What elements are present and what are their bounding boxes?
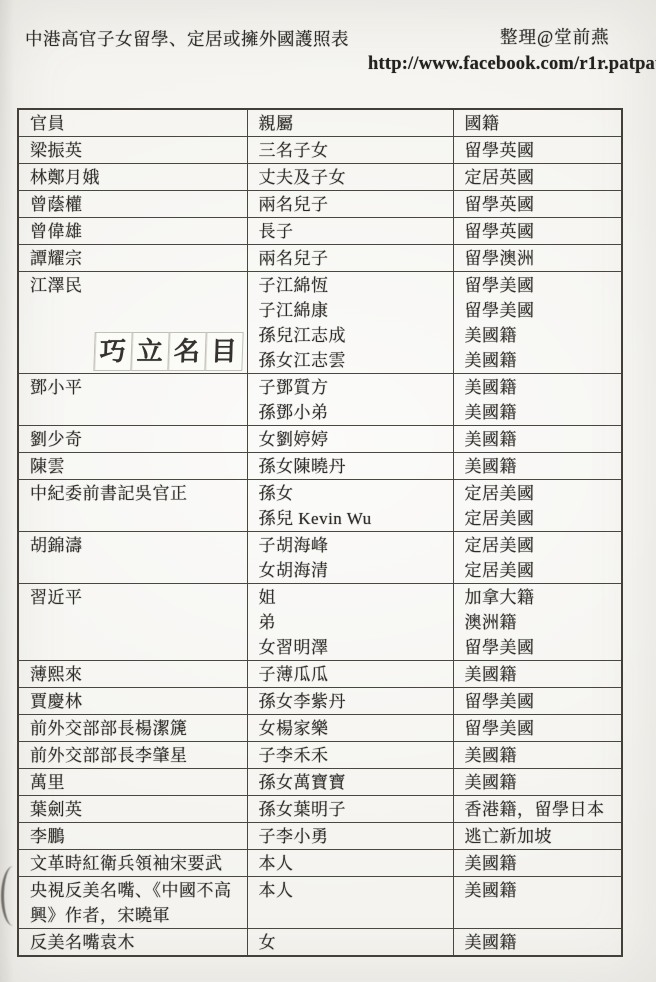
official-text: 興》作者，宋曉軍: [30, 903, 236, 928]
table-row: 葉劍英孫女葉明子香港籍，留學日本: [18, 796, 622, 823]
relatives-cell: 子胡海峰女胡海清: [247, 532, 453, 584]
relatives-cell: 孫女葉明子: [247, 796, 453, 823]
relatives-cell: 兩名兒子: [247, 245, 453, 272]
nationality-text: 美國籍: [465, 348, 611, 373]
nationality-text: 美國籍: [465, 323, 611, 348]
nationality-text: 美國籍: [465, 454, 611, 479]
relatives-text: 三名子女: [259, 138, 442, 163]
qiaolimingmu-stamp: 巧立名目: [95, 332, 243, 371]
column-header-official: 官員: [18, 109, 247, 137]
nationality-cell: 香港籍，留學日本: [453, 796, 622, 823]
relatives-cell: 孫女陳曉丹: [247, 453, 453, 480]
official-cell: 文革時紅衛兵領袖宋要武: [18, 850, 247, 877]
relatives-cell: 孫女李紫丹: [247, 688, 453, 715]
page-title: 中港高官子女留學、定居或擁外國護照表: [25, 26, 349, 51]
relatives-text: 本人: [259, 878, 442, 903]
relatives-cell: 女: [247, 929, 453, 957]
nationality-text: 香港籍，留學日本: [465, 797, 611, 822]
relatives-text: 子江綿恆: [259, 273, 442, 298]
official-text: 習近平: [30, 585, 236, 610]
relatives-text: 女: [259, 930, 442, 955]
table-row: 曾蔭權兩名兒子留學英國: [18, 191, 622, 218]
official-cell: 前外交部部長楊潔篪: [18, 715, 247, 742]
official-text: 文革時紅衛兵領袖宋要武: [30, 851, 236, 876]
nationality-cell: 美國籍美國籍: [453, 374, 622, 426]
table-row: 李鵬子李小勇逃亡新加坡: [18, 823, 622, 850]
table-row: 曾偉雄長子留學英國: [18, 218, 622, 245]
nationality-cell: 美國籍: [453, 877, 622, 929]
relatives-text: 孫女萬寶寶: [259, 770, 442, 795]
nationality-text: 留學美國: [465, 273, 611, 298]
official-cell: 劉少奇: [18, 426, 247, 453]
official-cell: 薄熙來: [18, 661, 247, 688]
nationality-cell: 定居英國: [453, 164, 622, 191]
nationality-text: 留學美國: [465, 635, 611, 660]
official-cell: 央視反美名嘴、《中國不高興》作者，宋曉軍: [18, 877, 247, 929]
nationality-cell: 定居美國定居美國: [453, 480, 622, 532]
official-text: 前外交部部長李肇星: [30, 743, 236, 768]
scanned-document-page: 中港高官子女留學、定居或擁外國護照表 整理@堂前燕 http://www.fac…: [0, 0, 656, 982]
official-text: 前外交部部長楊潔篪: [30, 716, 236, 741]
official-text: 賈慶林: [30, 689, 236, 714]
table-body: 梁振英三名子女留學英國林鄭月娥丈夫及子女定居英國曾蔭權兩名兒子留學英國曾偉雄長子…: [18, 137, 622, 957]
table-row: 中紀委前書記吳官正孫女孫兒 Kevin Wu定居美國定居美國: [18, 480, 622, 532]
nationality-text: 留學英國: [465, 192, 611, 217]
relatives-text: 子江綿康: [259, 298, 442, 323]
official-text: 中紀委前書記吳官正: [30, 481, 236, 506]
nationality-text: 美國籍: [465, 662, 611, 687]
nationality-text: 留學英國: [465, 138, 611, 163]
official-text: 江澤民: [30, 273, 236, 298]
relatives-text: 長子: [259, 219, 442, 244]
nationality-cell: 留學美國: [453, 715, 622, 742]
nationality-cell: 美國籍: [453, 742, 622, 769]
nationality-cell: 留學英國: [453, 137, 622, 164]
nationality-text: 留學澳洲: [465, 246, 611, 271]
relatives-cell: 長子: [247, 218, 453, 245]
nationality-text: 美國籍: [465, 375, 611, 400]
nationality-text: 定居美國: [465, 533, 611, 558]
relatives-cell: 子李小勇: [247, 823, 453, 850]
official-cell: 曾偉雄: [18, 218, 247, 245]
nationality-text: 留學美國: [465, 689, 611, 714]
relatives-text: 弟: [259, 610, 442, 635]
relatives-cell: 女劉婷婷: [247, 426, 453, 453]
stamp-char: 立: [130, 332, 169, 371]
official-cell: 江澤民巧立名目: [18, 272, 247, 374]
table-row: 江澤民巧立名目子江綿恆子江綿康孫兒江志成孫女江志雲留學美國留學美國美國籍美國籍: [18, 272, 622, 374]
compiler-credit: 整理@堂前燕: [500, 24, 610, 49]
relatives-cell: 本人: [247, 877, 453, 929]
officials-table: 官員 親屬 國籍 梁振英三名子女留學英國林鄭月娥丈夫及子女定居英國曾蔭權兩名兒子…: [17, 108, 623, 957]
relatives-cell: 女楊家樂: [247, 715, 453, 742]
table-row: 央視反美名嘴、《中國不高興》作者，宋曉軍本人美國籍: [18, 877, 622, 929]
nationality-cell: 美國籍: [453, 769, 622, 796]
nationality-text: 美國籍: [465, 400, 611, 425]
nationality-cell: 留學澳洲: [453, 245, 622, 272]
relatives-cell: 姐弟女習明澤: [247, 584, 453, 661]
relatives-cell: 孫女孫兒 Kevin Wu: [247, 480, 453, 532]
relatives-text: 孫兒 Kevin Wu: [259, 506, 442, 531]
relatives-cell: 丈夫及子女: [247, 164, 453, 191]
nationality-cell: 美國籍: [453, 661, 622, 688]
official-text: 梁振英: [30, 138, 236, 163]
official-cell: 胡錦濤: [18, 532, 247, 584]
table-row: 薄熙來子薄瓜瓜美國籍: [18, 661, 622, 688]
scan-artifact-arc: [1, 866, 26, 926]
official-text: 央視反美名嘴、《中國不高: [30, 878, 236, 903]
nationality-cell: 留學美國留學美國美國籍美國籍: [453, 272, 622, 374]
official-text: 李鵬: [30, 824, 236, 849]
relatives-text: 女楊家樂: [259, 716, 442, 741]
official-cell: 葉劍英: [18, 796, 247, 823]
nationality-cell: 留學英國: [453, 191, 622, 218]
table-row: 文革時紅衛兵領袖宋要武本人美國籍: [18, 850, 622, 877]
official-text: 曾偉雄: [30, 219, 236, 244]
nationality-text: 美國籍: [465, 851, 611, 876]
relatives-text: 兩名兒子: [259, 246, 442, 271]
nationality-cell: 美國籍: [453, 929, 622, 957]
relatives-cell: 三名子女: [247, 137, 453, 164]
stamp-char: 巧: [93, 332, 132, 371]
relatives-cell: 子薄瓜瓜: [247, 661, 453, 688]
relatives-cell: 子江綿恆子江綿康孫兒江志成孫女江志雲: [247, 272, 453, 374]
table-row: 前外交部部長李肇星子李禾禾美國籍: [18, 742, 622, 769]
official-cell: 曾蔭權: [18, 191, 247, 218]
relatives-text: 子薄瓜瓜: [259, 662, 442, 687]
official-text: 反美名嘴袁木: [30, 930, 236, 955]
relatives-cell: 本人: [247, 850, 453, 877]
official-text: 陳雲: [30, 454, 236, 479]
relatives-text: 孫女江志雲: [259, 348, 442, 373]
relatives-text: 兩名兒子: [259, 192, 442, 217]
nationality-text: 定居英國: [465, 165, 611, 190]
official-cell: 李鵬: [18, 823, 247, 850]
relatives-text: 丈夫及子女: [259, 165, 442, 190]
official-cell: 前外交部部長李肇星: [18, 742, 247, 769]
nationality-cell: 美國籍: [453, 426, 622, 453]
nationality-text: 美國籍: [465, 878, 611, 903]
table-row: 林鄭月娥丈夫及子女定居英國: [18, 164, 622, 191]
nationality-text: 留學英國: [465, 219, 611, 244]
table-row: 習近平姐弟女習明澤加拿大籍澳洲籍留學美國: [18, 584, 622, 661]
official-cell: 陳雲: [18, 453, 247, 480]
official-cell: 賈慶林: [18, 688, 247, 715]
column-header-relatives: 親屬: [247, 109, 453, 137]
official-cell: 反美名嘴袁木: [18, 929, 247, 957]
nationality-cell: 留學美國: [453, 688, 622, 715]
nationality-text: 定居美國: [465, 481, 611, 506]
nationality-text: 加拿大籍: [465, 585, 611, 610]
table-row: 胡錦濤子胡海峰女胡海清定居美國定居美國: [18, 532, 622, 584]
relatives-text: 孫女: [259, 481, 442, 506]
nationality-text: 美國籍: [465, 770, 611, 795]
table-row: 譚耀宗兩名兒子留學澳洲: [18, 245, 622, 272]
official-text: 劉少奇: [30, 427, 236, 452]
nationality-cell: 留學英國: [453, 218, 622, 245]
table-row: 劉少奇女劉婷婷美國籍: [18, 426, 622, 453]
official-cell: 中紀委前書記吳官正: [18, 480, 247, 532]
nationality-text: 定居美國: [465, 558, 611, 583]
relatives-cell: 子李禾禾: [247, 742, 453, 769]
relatives-text: 子鄧質方: [259, 375, 442, 400]
column-header-nationality: 國籍: [453, 109, 622, 137]
nationality-text: 美國籍: [465, 427, 611, 452]
nationality-text: 留學美國: [465, 298, 611, 323]
official-text: 葉劍英: [30, 797, 236, 822]
nationality-cell: 美國籍: [453, 850, 622, 877]
relatives-text: 女劉婷婷: [259, 427, 442, 452]
relatives-text: 女胡海清: [259, 558, 442, 583]
relatives-cell: 孫女萬寶寶: [247, 769, 453, 796]
relatives-text: 子李小勇: [259, 824, 442, 849]
relatives-text: 孫鄧小弟: [259, 400, 442, 425]
official-cell: 習近平: [18, 584, 247, 661]
official-text: 曾蔭權: [30, 192, 236, 217]
relatives-text: 女習明澤: [259, 635, 442, 660]
relatives-text: 孫女葉明子: [259, 797, 442, 822]
nationality-text: 美國籍: [465, 743, 611, 768]
official-cell: 梁振英: [18, 137, 247, 164]
nationality-text: 逃亡新加坡: [465, 824, 611, 849]
nationality-text: 留學美國: [465, 716, 611, 741]
official-text: 薄熙來: [30, 662, 236, 687]
stamp-char: 目: [204, 332, 243, 371]
relatives-text: 子胡海峰: [259, 533, 442, 558]
stamp-char: 名: [167, 332, 206, 371]
nationality-cell: 逃亡新加坡: [453, 823, 622, 850]
relatives-text: 孫女李紫丹: [259, 689, 442, 714]
official-text: 林鄭月娥: [30, 165, 236, 190]
table-row: 反美名嘴袁木女美國籍: [18, 929, 622, 957]
table-header-row: 官員 親屬 國籍: [18, 109, 622, 137]
official-text: 譚耀宗: [30, 246, 236, 271]
table-row: 梁振英三名子女留學英國: [18, 137, 622, 164]
official-text: 胡錦濤: [30, 533, 236, 558]
official-cell: 林鄭月娥: [18, 164, 247, 191]
table-row: 前外交部部長楊潔篪女楊家樂留學美國: [18, 715, 622, 742]
official-cell: 鄧小平: [18, 374, 247, 426]
official-cell: 譚耀宗: [18, 245, 247, 272]
relatives-text: 孫女陳曉丹: [259, 454, 442, 479]
table-row: 鄧小平子鄧質方孫鄧小弟美國籍美國籍: [18, 374, 622, 426]
nationality-text: 美國籍: [465, 930, 611, 955]
official-text: 鄧小平: [30, 375, 236, 400]
nationality-cell: 美國籍: [453, 453, 622, 480]
relatives-cell: 子鄧質方孫鄧小弟: [247, 374, 453, 426]
nationality-text: 定居美國: [465, 506, 611, 531]
nationality-cell: 定居美國定居美國: [453, 532, 622, 584]
relatives-text: 姐: [259, 585, 442, 610]
relatives-text: 本人: [259, 851, 442, 876]
relatives-cell: 兩名兒子: [247, 191, 453, 218]
source-url: http://www.facebook.com/r1r.patpat: [368, 54, 656, 75]
nationality-text: 澳洲籍: [465, 610, 611, 635]
nationality-cell: 加拿大籍澳洲籍留學美國: [453, 584, 622, 661]
relatives-text: 孫兒江志成: [259, 323, 442, 348]
table-row: 萬里孫女萬寶寶美國籍: [18, 769, 622, 796]
relatives-text: 子李禾禾: [259, 743, 442, 768]
table-row: 賈慶林孫女李紫丹留學美國: [18, 688, 622, 715]
official-text: 萬里: [30, 770, 236, 795]
table-row: 陳雲孫女陳曉丹美國籍: [18, 453, 622, 480]
official-cell: 萬里: [18, 769, 247, 796]
